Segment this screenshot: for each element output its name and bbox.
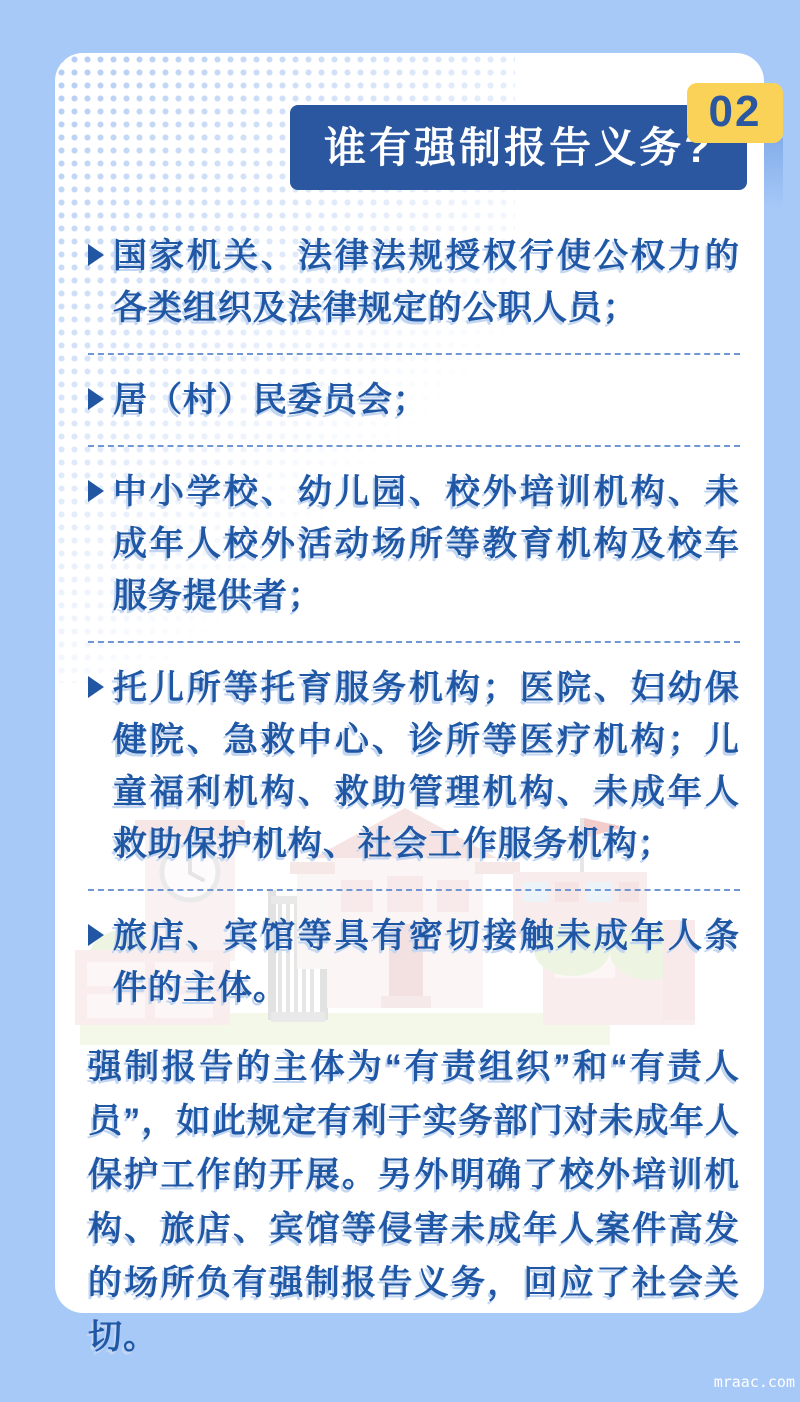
card-content: 国家机关、法律法规授权行使公权力的各类组织及法律规定的公职人员； 居（村）民委员… bbox=[55, 53, 764, 1364]
list-item: 旅店、宾馆等具有密切接触未成年人条件的主体。 bbox=[88, 910, 740, 1014]
summary-paragraph: 强制报告的主体为“有责组织”和“有责人员”，如此规定有利于实务部门对未成年人保护… bbox=[88, 1040, 740, 1364]
list-item: 托儿所等托育服务机构；医院、妇幼保健院、急救中心、诊所等医疗机构；儿童福利机构、… bbox=[88, 662, 740, 870]
section-number: 02 bbox=[687, 83, 783, 141]
dashed-divider bbox=[88, 889, 740, 891]
triangle-bullet-icon bbox=[88, 244, 104, 266]
triangle-bullet-icon bbox=[88, 388, 104, 410]
list-item-text: 国家机关、法律法规授权行使公权力的各类组织及法律规定的公职人员； bbox=[113, 230, 740, 334]
section-number-badge: 02 bbox=[687, 83, 783, 143]
triangle-bullet-icon bbox=[88, 676, 104, 698]
content-card: 谁有强制报告义务? 02 国家机关、法律法规授权行使公权力的各类组织及法律规定的… bbox=[55, 53, 764, 1313]
list-item: 中小学校、幼儿园、校外培训机构、未成年人校外活动场所等教育机构及校车服务提供者； bbox=[88, 466, 740, 622]
badge-ribbon-fold bbox=[764, 138, 783, 218]
watermark: mraac.com bbox=[714, 1373, 795, 1391]
triangle-bullet-icon bbox=[88, 924, 104, 946]
dashed-divider bbox=[88, 445, 740, 447]
dashed-divider bbox=[88, 353, 740, 355]
list-item-text: 托儿所等托育服务机构；医院、妇幼保健院、急救中心、诊所等医疗机构；儿童福利机构、… bbox=[113, 662, 740, 870]
list-item: 居（村）民委员会； bbox=[88, 374, 740, 426]
list-item-text: 中小学校、幼儿园、校外培训机构、未成年人校外活动场所等教育机构及校车服务提供者； bbox=[113, 466, 740, 622]
list-item-text: 旅店、宾馆等具有密切接触未成年人条件的主体。 bbox=[113, 910, 740, 1014]
list-item: 国家机关、法律法规授权行使公权力的各类组织及法律规定的公职人员； bbox=[88, 230, 740, 334]
triangle-bullet-icon bbox=[88, 480, 104, 502]
dashed-divider bbox=[88, 641, 740, 643]
list-item-text: 居（村）民委员会； bbox=[113, 374, 428, 426]
